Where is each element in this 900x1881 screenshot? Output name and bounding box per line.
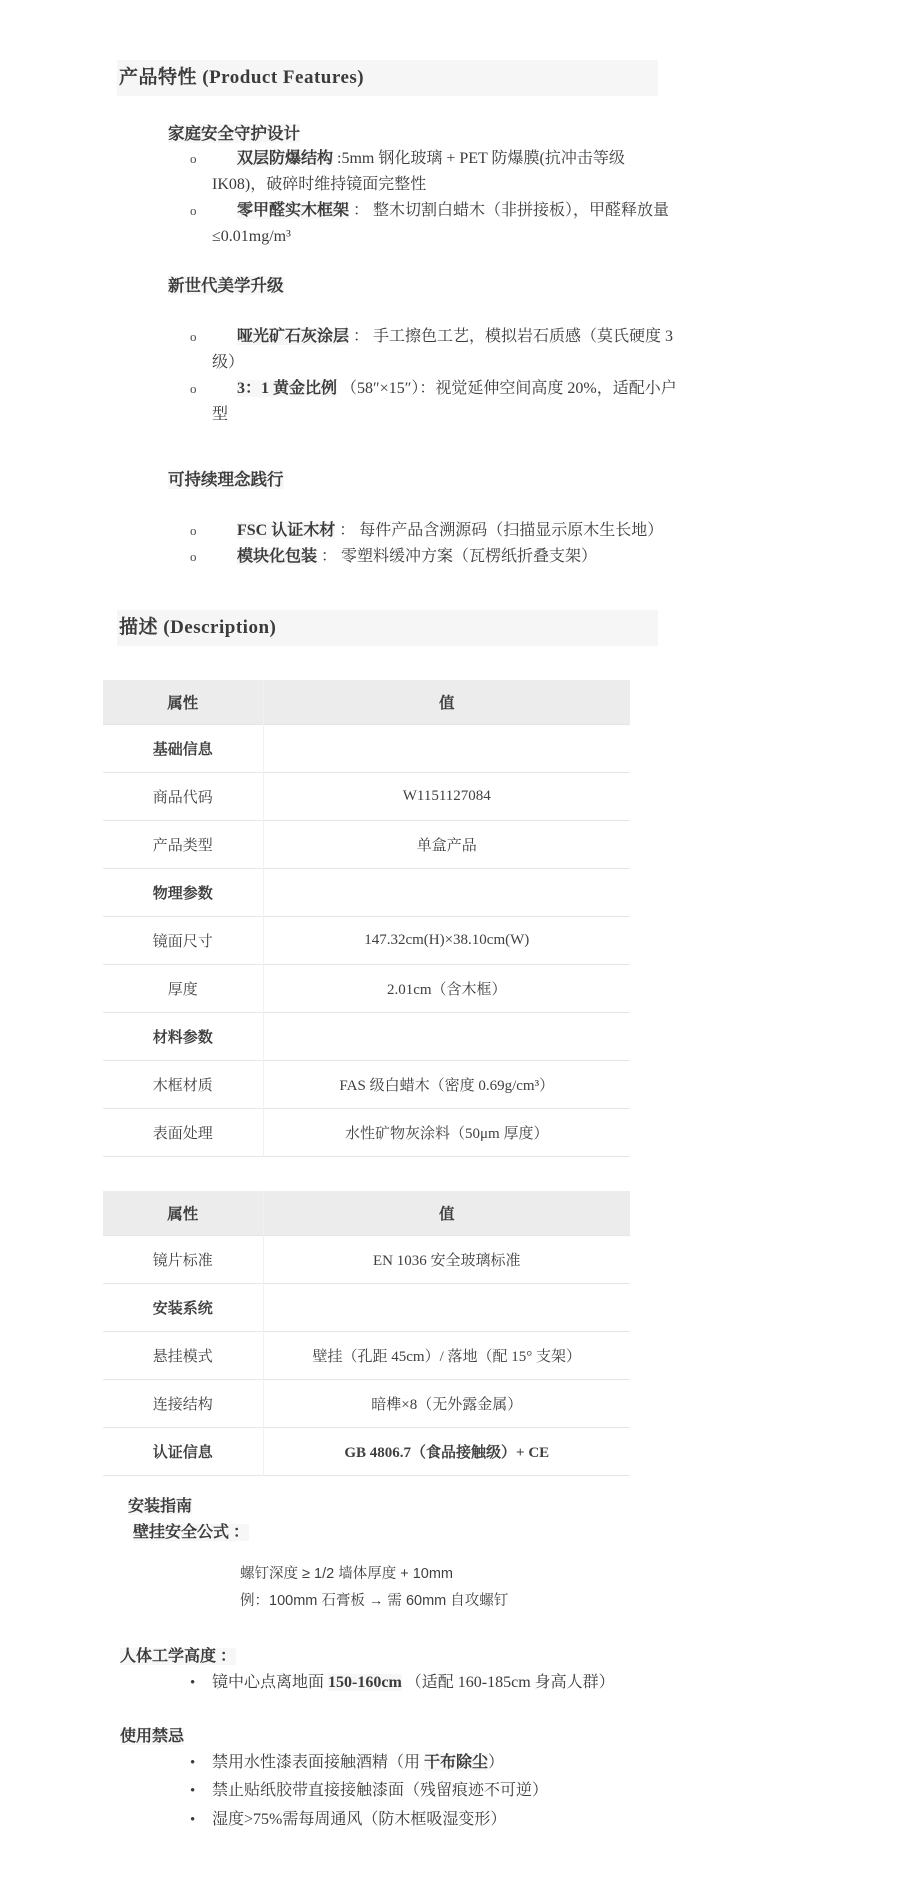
formula-line: 螺钉深度 ≥ 1/2 墙体厚度 + 10mm [240,1561,900,1588]
value-header-cell: 值 [263,680,630,725]
feature-list-sustainability: FSC 认证木材 ： 每件产品含溯源码（扫描显示原木生长地） 模块化包装 ： 零… [0,518,682,570]
attr-cell: 厚度 [103,965,263,1013]
feature-text: ： 零塑料缓冲方案（瓦楞纸折叠支架） [317,548,597,565]
table-row: 认证信息GB 4806.7（食品接触级）+ CE [103,1428,630,1476]
feature-term: FSC 认证木材 [237,522,335,539]
value-cell: 水性矿物灰涂料（50μm 厚度） [263,1109,630,1157]
value-cell [263,869,630,917]
attr-cell: 物理参数 [103,869,263,917]
value-cell [263,1284,630,1332]
feature-group-heading-safety: 家庭安全守护设计 [168,122,900,146]
description-heading: 描述 (Description) [117,610,658,646]
feature-item: 哑光矿石灰涂层 ： 手工擦色工艺，模拟岩石质感（莫氏硬度 3 级） [212,324,682,376]
table-row: 产品类型单盒产品 [103,821,630,869]
table-row: 基础信息 [103,725,630,773]
table-row: 悬挂模式壁挂（孔距 45cm）/ 落地（配 15° 支架） [103,1332,630,1380]
attr-cell: 商品代码 [103,773,263,821]
feature-group-heading-sustainability: 可持续理念践行 [168,468,900,492]
table-row: 镜面尺寸147.32cm(H)×38.10cm(W) [103,917,630,965]
taboo-list: 禁用水性漆表面接触酒精（用 干布除尘） 禁止贴纸胶带直接接触漆面（残留痕迹不可逆… [0,1749,832,1835]
feature-list-aesthetics: 哑光矿石灰涂层 ： 手工擦色工艺，模拟岩石质感（莫氏硬度 3 级） 3：1 黄金… [0,324,682,428]
table-row: 物理参数 [103,869,630,917]
value-cell: 2.01cm（含木框） [263,965,630,1013]
attr-cell: 安装系统 [103,1284,263,1332]
feature-term: 双层防爆结构 [237,150,333,167]
formula-line: 例：100mm 石膏板 → 需 60mm 自攻螺钉 [240,1588,900,1615]
value-header-cell: 值 [263,1191,630,1236]
value-cell [263,1013,630,1061]
feature-item: FSC 认证木材 ： 每件产品含溯源码（扫描显示原木生长地） [212,518,682,544]
table-row: 镜片标准EN 1036 安全玻璃标准 [103,1236,630,1284]
value-cell: FAS 级白蜡木（密度 0.69g/cm³） [263,1061,630,1109]
wall-mount-formula-title: 壁挂安全公式 ： [133,1520,900,1545]
table-row: 表面处理水性矿物灰涂料（50μm 厚度） [103,1109,630,1157]
table-row: 材料参数 [103,1013,630,1061]
attr-cell: 镜面尺寸 [103,917,263,965]
value-cell: GB 4806.7（食品接触级）+ CE [263,1428,630,1476]
attr-cell: 木框材质 [103,1061,263,1109]
ergonomic-list: 镜中心点离地面 150-160cm （适配 160-185cm 身高人群） [0,1669,832,1698]
product-features-heading: 产品特性 (Product Features) [117,60,658,96]
feature-item: 3：1 黄金比例 （58″×15″）：视觉延伸空间高度 20%，适配小户型 [212,376,682,428]
attr-cell: 表面处理 [103,1109,263,1157]
formula-block: 螺钉深度 ≥ 1/2 墙体厚度 + 10mm 例：100mm 石膏板 → 需 6… [240,1561,900,1615]
feature-group-heading-aesthetics: 新世代美学升级 [168,274,900,298]
attr-cell: 连接结构 [103,1380,263,1428]
table-row: 安装系统 [103,1284,630,1332]
table-row: 连接结构暗榫×8（无外露金属） [103,1380,630,1428]
document-page: 产品特性 (Product Features) 家庭安全守护设计 双层防爆结构 … [0,60,900,1834]
attr-cell: 产品类型 [103,821,263,869]
value-cell: W1151127084 [263,773,630,821]
taboo-item: 禁止贴纸胶带直接接触漆面（残留痕迹不可逆） [212,1777,832,1806]
table-row: 商品代码W1151127084 [103,773,630,821]
ergonomic-item: 镜中心点离地面 150-160cm （适配 160-185cm 身高人群） [212,1669,832,1698]
feature-term: 零甲醛实木框架 [237,202,349,219]
install-guide-title: 安装指南 [128,1494,900,1519]
feature-item: 模块化包装 ： 零塑料缓冲方案（瓦楞纸折叠支架） [212,544,682,570]
attr-header-cell: 属性 [103,680,263,725]
feature-term: 哑光矿石灰涂层 [237,328,349,345]
value-cell: 单盒产品 [263,821,630,869]
table-header-row: 属性 值 [103,680,630,725]
value-cell: 暗榫×8（无外露金属） [263,1380,630,1428]
attr-cell: 材料参数 [103,1013,263,1061]
feature-term: 3：1 黄金比例 [237,380,337,397]
value-cell: EN 1036 安全玻璃标准 [263,1236,630,1284]
taboo-item: 禁用水性漆表面接触酒精（用 干布除尘） [212,1749,832,1778]
value-cell: 147.32cm(H)×38.10cm(W) [263,917,630,965]
feature-list-safety: 双层防爆结构 :5mm 钢化玻璃 + PET 防爆膜(抗冲击等级 IK08)，破… [0,146,682,250]
spec-table-2: 属性 值 镜片标准EN 1036 安全玻璃标准 安装系统 悬挂模式壁挂（孔距 4… [103,1191,630,1476]
value-cell: 壁挂（孔距 45cm）/ 落地（配 15° 支架） [263,1332,630,1380]
attr-cell: 悬挂模式 [103,1332,263,1380]
attr-cell: 认证信息 [103,1428,263,1476]
table-row: 厚度2.01cm（含木框） [103,965,630,1013]
value-cell [263,725,630,773]
feature-text: ： 每件产品含溯源码（扫描显示原木生长地） [335,522,663,539]
table-row: 木框材质FAS 级白蜡木（密度 0.69g/cm³） [103,1061,630,1109]
feature-item: 双层防爆结构 :5mm 钢化玻璃 + PET 防爆膜(抗冲击等级 IK08)，破… [212,146,682,198]
usage-taboo-title: 使用禁忌 [120,1724,900,1749]
attr-header-cell: 属性 [103,1191,263,1236]
feature-item: 零甲醛实木框架 ： 整木切割白蜡木（非拼接板），甲醛释放量 ≤0.01mg/m³ [212,198,682,250]
attr-cell: 基础信息 [103,725,263,773]
spec-table-1: 属性 值 基础信息 商品代码W1151127084 产品类型单盒产品 物理参数 … [103,680,630,1157]
taboo-item: 湿度>75%需每周通风（防木框吸湿变形） [212,1806,832,1835]
ergonomic-height-title: 人体工学高度 ： [120,1644,900,1669]
table-header-row: 属性 值 [103,1191,630,1236]
attr-cell: 镜片标准 [103,1236,263,1284]
feature-term: 模块化包装 [237,548,317,565]
